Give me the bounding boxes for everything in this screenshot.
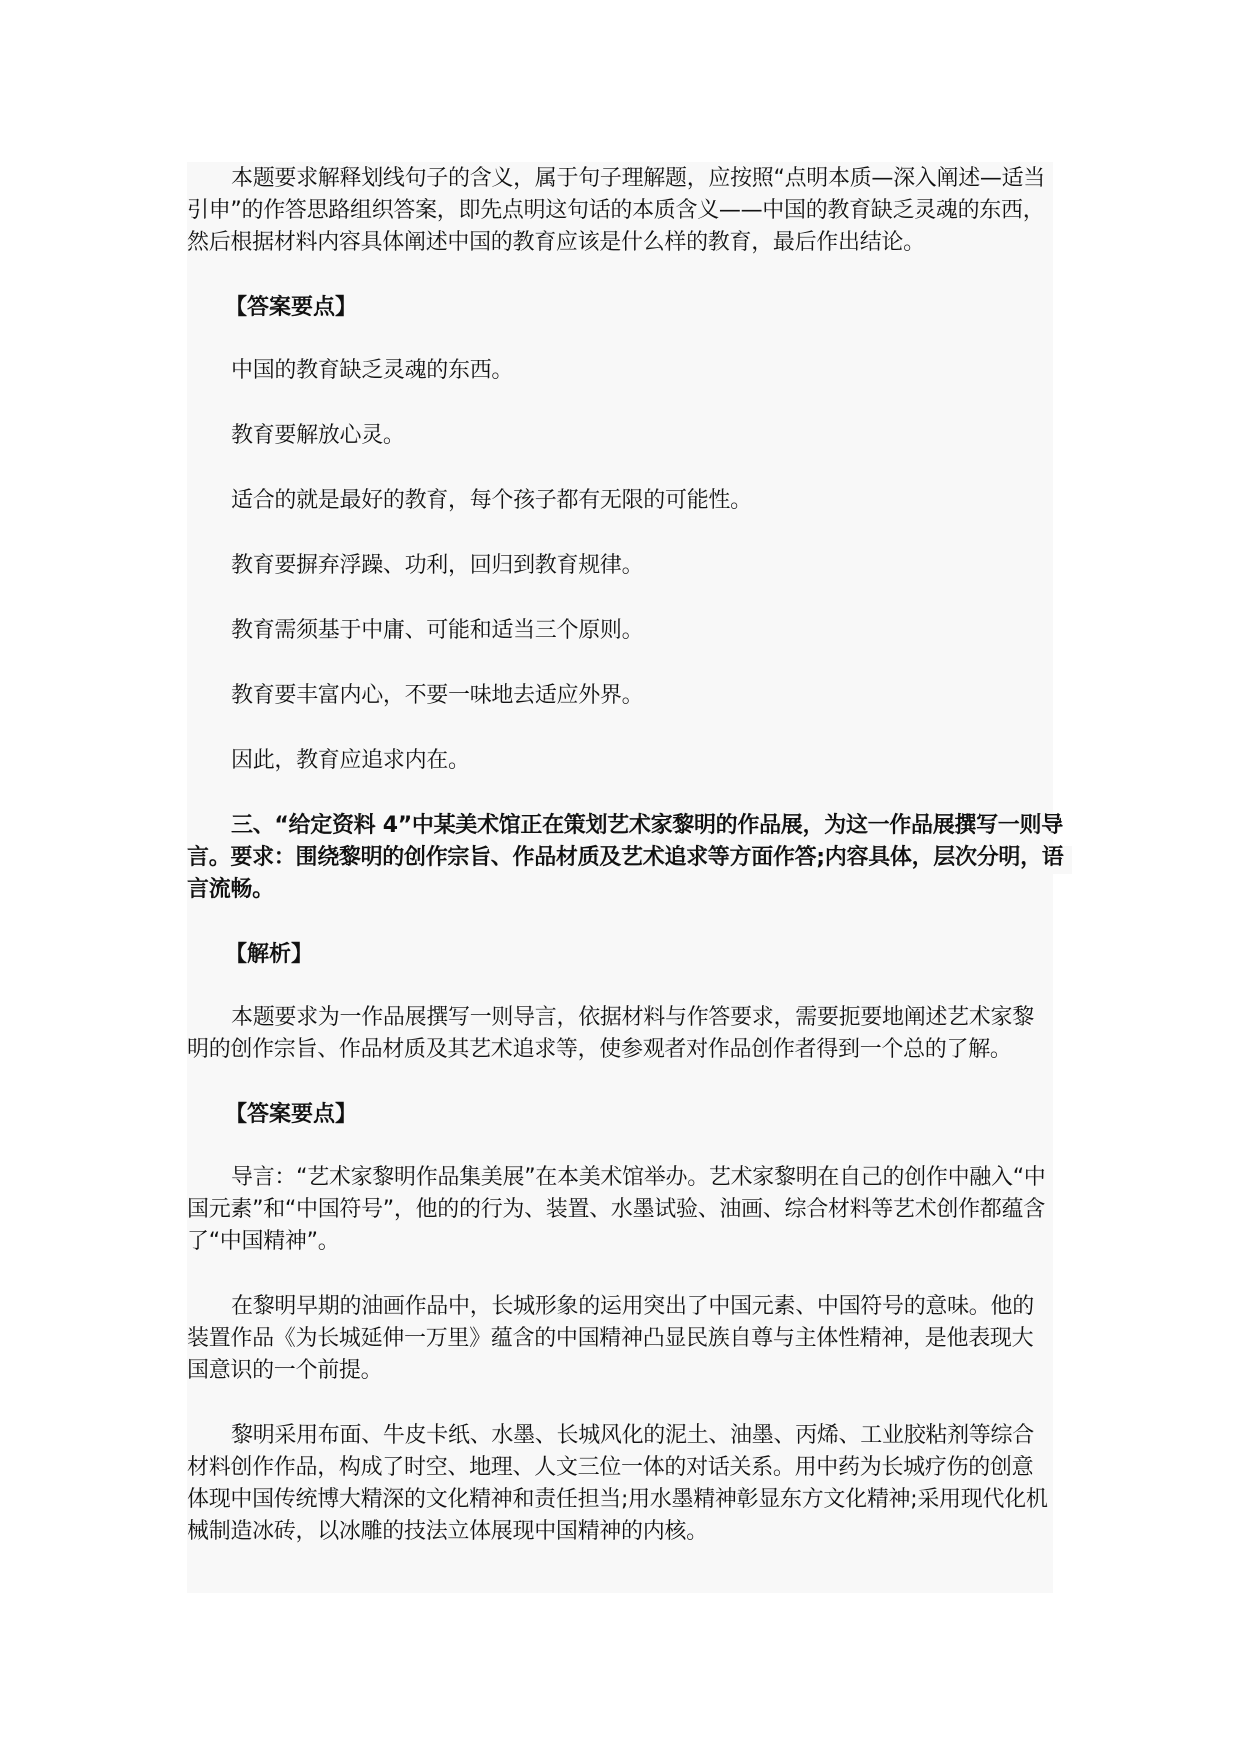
answer-point-4: 教育要摒弃浮躁、功利，回归到教育规律。 [187, 550, 1053, 582]
document-body: 本题要求解释划线句子的含义，属于句子理解题，应按照“点明本质—深入阐述—适当引申… [187, 163, 1053, 1548]
analysis-paragraph-2: 本题要求为一作品展撰写一则导言，依据材料与作答要求，需要扼要地阐述艺术家黎明的创… [187, 1002, 1053, 1066]
answer-points-heading-1: 【答案要点】 [187, 292, 1053, 324]
answer-point-conclusion: 因此，教育应追求内在。 [187, 745, 1053, 777]
answer-point-1: 中国的教育缺乏灵魂的东西。 [187, 355, 1053, 387]
answer-point-2: 教育要解放心灵。 [187, 420, 1053, 452]
intro-paragraph-2: 在黎明早期的油画作品中，长城形象的运用突出了中国元素、中国符号的意味。他的装置作… [187, 1291, 1053, 1387]
intro-paragraph-1: 导言：“艺术家黎明作品集美展”在本美术馆举办。艺术家黎明在自己的创作中融入“中国… [187, 1162, 1053, 1258]
answer-point-6: 教育要丰富内心，不要一味地去适应外界。 [187, 680, 1053, 712]
analysis-paragraph-1: 本题要求解释划线句子的含义，属于句子理解题，应按照“点明本质—深入阐述—适当引申… [187, 163, 1053, 259]
answer-point-5: 教育需须基于中庸、可能和适当三个原则。 [187, 615, 1053, 647]
intro-paragraph-3: 黎明采用布面、牛皮卡纸、水墨、长城风化的泥土、油墨、丙烯、工业胶粘剂等综合材料创… [187, 1420, 1053, 1548]
question-3: 三、“给定资料 4”中某美术馆正在策划艺术家黎明的作品展，为这一作品展撰写一则导… [187, 810, 1072, 906]
answer-point-3: 适合的就是最好的教育，每个孩子都有无限的可能性。 [187, 485, 1053, 517]
answer-points-heading-2: 【答案要点】 [187, 1099, 1053, 1131]
analysis-heading: 【解析】 [187, 939, 1053, 971]
